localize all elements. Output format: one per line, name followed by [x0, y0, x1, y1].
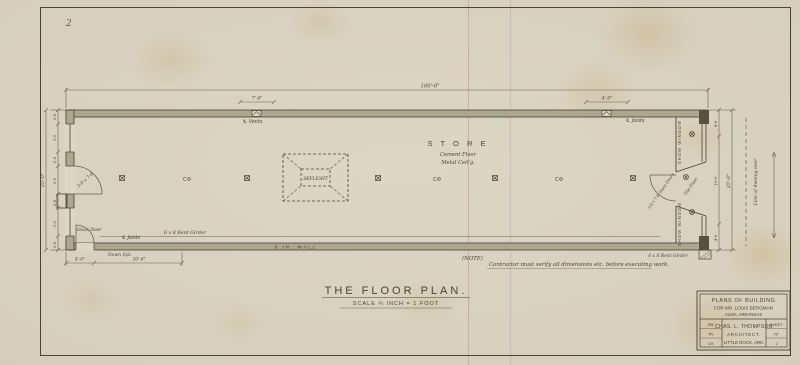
vent-left-label: ℄ Vents — [243, 119, 263, 125]
note-body: Contractor must verify all dimensions et… — [489, 262, 669, 268]
top-wall — [66, 110, 708, 117]
skylight-diagonal — [330, 186, 348, 201]
ceiling-symbol-row: C C C — [120, 176, 636, 184]
skylight: SKYLIGHT — [283, 154, 348, 201]
architect-role: ARCHITECT. — [727, 332, 761, 337]
rear-door-size-label: 3-0 x 7-0 — [76, 171, 95, 189]
gas-drop-symbol: C — [433, 177, 440, 183]
svg-text:C: C — [433, 177, 437, 183]
room-ceiling-label: Metal Ceil'g. — [440, 160, 475, 166]
girder-right-label: 6 x 8 Bent Girder — [648, 253, 688, 259]
title-block: PLANS OF BUILDING FOR MR. LOUIS BERGMAN … — [697, 291, 790, 350]
skylight-label: SKYLIGHT — [303, 176, 329, 182]
vestibule-floor-label: Tile Floor — [683, 175, 699, 196]
title-block-left-row: TR. — [708, 333, 714, 337]
note-head: (NOTE) — [462, 255, 483, 262]
skylight-diagonal — [330, 154, 348, 169]
dim-left-chain: 2-6 — [52, 113, 57, 121]
show-window-bottom-label: SHOW WINDOW — [677, 202, 682, 246]
party-wall-label: 9 IN. WALL — [275, 245, 318, 250]
dim-left-chain: 5-0 — [52, 177, 57, 184]
dim-left-chain: 2-6 — [52, 199, 57, 207]
title-block-line2: FOR MR. LOUIS BERGMAN — [714, 306, 773, 311]
dim-right-chain: 4-6 — [713, 234, 718, 242]
title-block-right-row: Nº — [774, 333, 779, 337]
dim-left-chain: 5-0 — [52, 220, 57, 227]
show-window-top-label: SHOW WINDOW — [677, 120, 682, 164]
box-symbol — [376, 176, 381, 181]
dim-vent-right: 4'-6" — [601, 96, 613, 102]
joists-top-right-label: ℄ Joists — [626, 118, 645, 124]
door-opening — [76, 243, 94, 251]
building-outline — [66, 110, 708, 250]
title-block-line3: ALMA, ARKANSAS — [725, 312, 762, 317]
drawing-title: THE FLOOR PLAN. — [325, 285, 468, 297]
dim-right-chain: 16-0 — [713, 176, 718, 185]
door-opening — [65, 166, 75, 194]
box-symbol — [493, 176, 498, 181]
joists-label: ℄ Joists — [122, 235, 141, 241]
architect-name: CHAS. L. THOMPSON — [715, 324, 773, 330]
dim-left-chain: 5-0 — [52, 134, 57, 141]
svg-text:C: C — [555, 177, 559, 183]
dim-overall-top: 100'-0" — [421, 84, 440, 90]
title-block-left-row: CH. — [708, 342, 715, 346]
skylight-diagonal — [283, 186, 301, 201]
dim-left-overall: 25'-0" — [40, 173, 46, 188]
drawing-scale: SCALE ¼ INCH = 1 FOOT — [353, 301, 439, 307]
box-symbol — [120, 176, 125, 181]
sheet-corner-mark: 2 — [65, 19, 72, 29]
bottom-left-door: Glass Door Down Spt. — [76, 225, 132, 258]
rear-wall-box — [57, 194, 67, 208]
title-block-line1: PLANS OF BUILDING — [712, 298, 776, 304]
corner-pier — [699, 236, 709, 250]
svg-text:C: C — [183, 177, 187, 183]
architect-city: LITTLE ROCK, ARK. — [724, 340, 765, 345]
dim-left-chain: 2-6 — [52, 156, 57, 164]
girder-left-label: 6 x 8 Bent Girder — [164, 230, 207, 236]
room-label: S T O R E — [428, 139, 489, 148]
downspout-label: Down Spt. — [107, 252, 132, 258]
gas-drop-symbol: C — [183, 177, 190, 183]
box-symbol — [245, 176, 250, 181]
outlet-symbols — [684, 132, 695, 215]
gas-drop-symbol: C — [555, 177, 562, 183]
rear-wall-openings: 3-0 x 7-0 — [57, 124, 102, 236]
dim-right-overall: 25'-0" — [726, 174, 732, 189]
dim-left-chain: 2-6 — [52, 241, 57, 249]
floor-plan-drawing: 2 3-0 x 7-0 SHOW WIN — [0, 0, 800, 365]
corner-pier — [699, 110, 709, 124]
dim-vent-left: 7'-4" — [252, 96, 263, 102]
entry-doors-label: 3-0 x 7-6 Glass Doors — [646, 172, 675, 210]
room-floor-label: Cement Floor — [440, 152, 477, 158]
title-block-right-row: 2 — [775, 342, 777, 346]
dim-bottom-b: 20'-6" — [131, 258, 145, 263]
title-block-left-row: DR. — [708, 323, 715, 327]
dim-bottom-a: 4'-6" — [74, 258, 85, 263]
box-symbol — [631, 176, 636, 181]
awning-label: Line of Awning over — [753, 158, 759, 206]
rear-door-note-label: Glass Door — [77, 227, 103, 233]
skylight-diagonal — [283, 154, 301, 169]
dim-right-chain: 4-6 — [713, 120, 718, 128]
entry-step-hatch — [703, 253, 711, 259]
bottom-wall — [66, 243, 708, 250]
